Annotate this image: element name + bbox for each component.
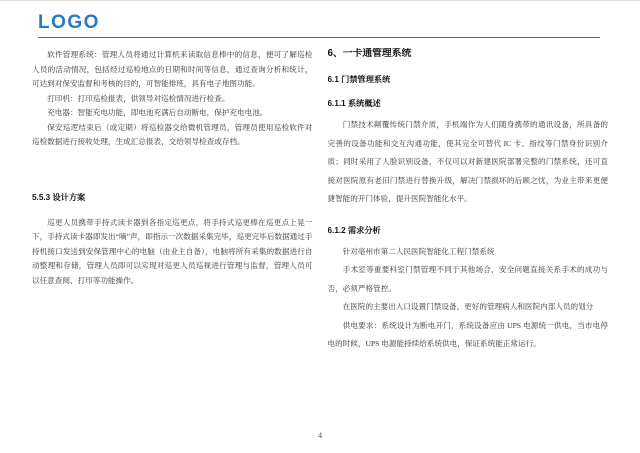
section-heading-5-5-3: 5.5.3 设计方案 (32, 192, 313, 203)
paragraph-charger: 充电器：智能充电功能，即电池充满后自动断电，保护充电电池。 (32, 106, 313, 121)
company-logo: LOGO (38, 13, 600, 32)
section-heading-6-1-1: 6.1.1 系统概述 (328, 98, 609, 109)
paragraph-access-overview: 门禁技术颠覆传统门禁介质，手机端作为人们随身携带的通讯设备，所具备的完善的设备功… (328, 116, 609, 209)
page-header: LOGO (38, 13, 600, 38)
document-page: LOGO 软件管理系统：管理人员将通过计算机来读取信息棒中的信息，便可了解巡检人… (0, 0, 640, 453)
paragraph-main-entrance: 在医院的主要出入口设置门禁设备，更好的管理病人和医院内部人员的划分 (328, 298, 609, 317)
header-divider (38, 37, 600, 38)
paragraph-printer: 打印机：打印巡检报表，供领导对巡检情况进行检查。 (32, 92, 313, 107)
chapter-heading-6: 6、一卡通管理系统 (328, 48, 609, 60)
paragraph-design-scheme: 巡更人员携带手持式读卡器到各指定巡更点，将手持式巡更棒在巡更点上晃一下，手持式读… (32, 216, 313, 289)
paragraph-project-target: 针对亳州市第二人民医院智能化工程门禁系统 (328, 243, 609, 262)
right-column: 6、一卡通管理系统 6.1 门禁管理系统 6.1.1 系统概述 门禁技术颠覆传统… (328, 48, 609, 417)
document-body: 软件管理系统：管理人员将通过计算机来读取信息棒中的信息，便可了解巡检人员的活动情… (32, 48, 608, 417)
paragraph-patrol-data: 保安巡逻结束后（或定期）将巡检器交给微机管理员，管理员使用巡检软件对巡检数据进行… (32, 121, 313, 150)
section-heading-6-1: 6.1 门禁管理系统 (328, 74, 609, 85)
section-heading-6-1-2: 6.1.2 需求分析 (328, 225, 609, 236)
page-number: 4 (318, 430, 322, 440)
paragraph-operating-room: 手术室等重要科室门禁管理不同于其他场合，安全问题直接关系手术的成功与否，必须严格… (328, 261, 609, 298)
paragraph-software-system: 软件管理系统：管理人员将通过计算机来读取信息棒中的信息，便可了解巡检人员的活动情… (32, 48, 313, 92)
left-column: 软件管理系统：管理人员将通过计算机来读取信息棒中的信息，便可了解巡检人员的活动情… (32, 48, 313, 417)
page-footer: 4 (0, 430, 640, 440)
paragraph-power-requirement: 供电要求：系统设计为断电开门，系统设备应由 UPS 电源统一供电，当市电停电的时… (328, 317, 609, 354)
